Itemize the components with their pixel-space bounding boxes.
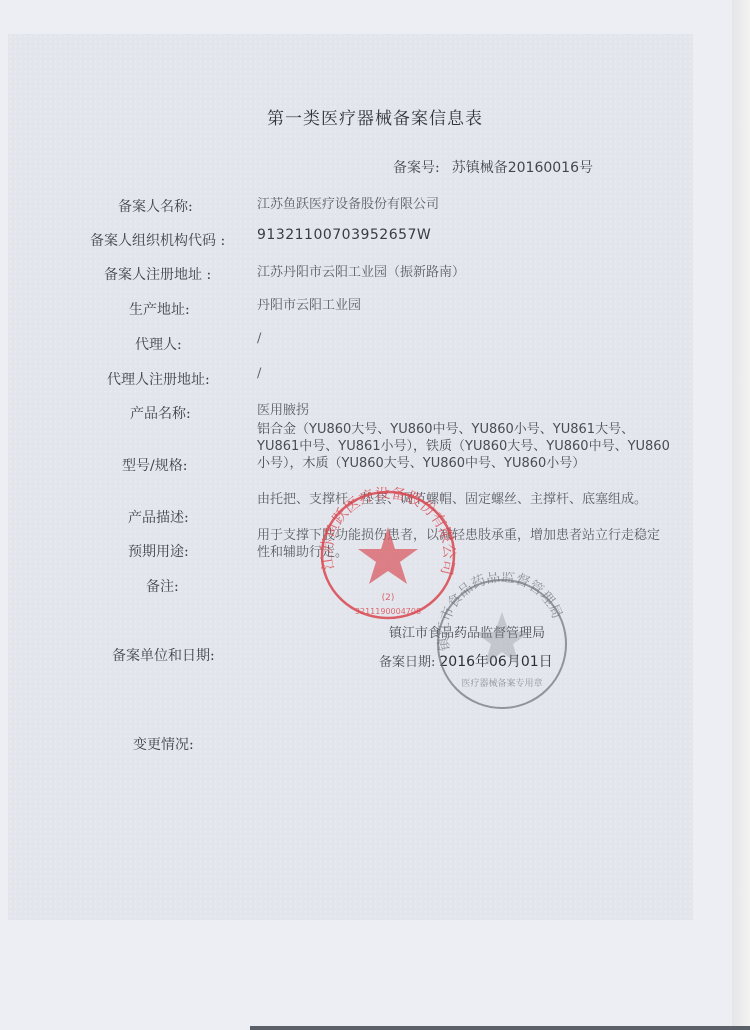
value-filer-address: 江苏丹阳市云阳工业园（振新路南） [257,261,465,280]
record-number-label: 备案号: [393,160,440,176]
label-filer-name: 备案人名称: [118,196,193,216]
label-unit-and-date: 备案单位和日期: [112,645,215,665]
label-changes: 变更情况: [133,734,194,754]
value-model-spec: 铝合金（YU860大号、YU860中号、YU860小号、YU861大号、YU86… [257,421,672,472]
label-model-spec: 型号/规格: [122,455,187,475]
value-intended-use: 用于支撑下肢功能损伤患者，以减轻患肢承重，增加患者站立行走稳定性和辅助行走。 [257,527,672,561]
value-agent: / [257,331,261,346]
value-filer-name: 江苏鱼跃医疗设备股份有限公司 [257,193,439,212]
label-product-description: 产品描述: [128,507,189,527]
label-org-code: 备案人组织机构代码 : [90,230,225,250]
label-agent-address: 代理人注册地址: [107,369,210,389]
record-number: 备案号:苏镇械备20160016号 [393,157,593,177]
value-agent-address: / [257,366,261,381]
value-product-description: 由托把、支撑杆、垫套、调节螺帽、固定螺丝、主撑杆、底塞组成。 [257,491,672,508]
label-intended-use: 预期用途: [128,541,189,561]
label-production-address: 生产地址: [129,299,190,319]
value-product-name: 医用腋拐 [257,399,309,418]
label-remarks: 备注: [146,576,179,596]
label-filer-address: 备案人注册地址 : [104,264,211,284]
filing-date-line: 备案日期:2016年06月01日 [379,651,553,671]
value-org-code: 91321100703952657W [257,227,431,243]
label-agent: 代理人: [135,334,182,354]
scan-edge [732,0,750,1030]
scan-shadow [250,1026,750,1030]
filing-date: 2016年06月01日 [439,654,552,670]
record-number-value: 苏镇械备20160016号 [452,160,593,176]
filing-date-label: 备案日期: [379,655,435,670]
value-production-address: 丹阳市云阳工业园 [257,294,361,313]
filing-authority: 镇江市食品药品监督管理局 [389,622,545,641]
label-product-name: 产品名称: [130,403,191,423]
document-title: 第一类医疗器械备案信息表 [0,104,750,129]
